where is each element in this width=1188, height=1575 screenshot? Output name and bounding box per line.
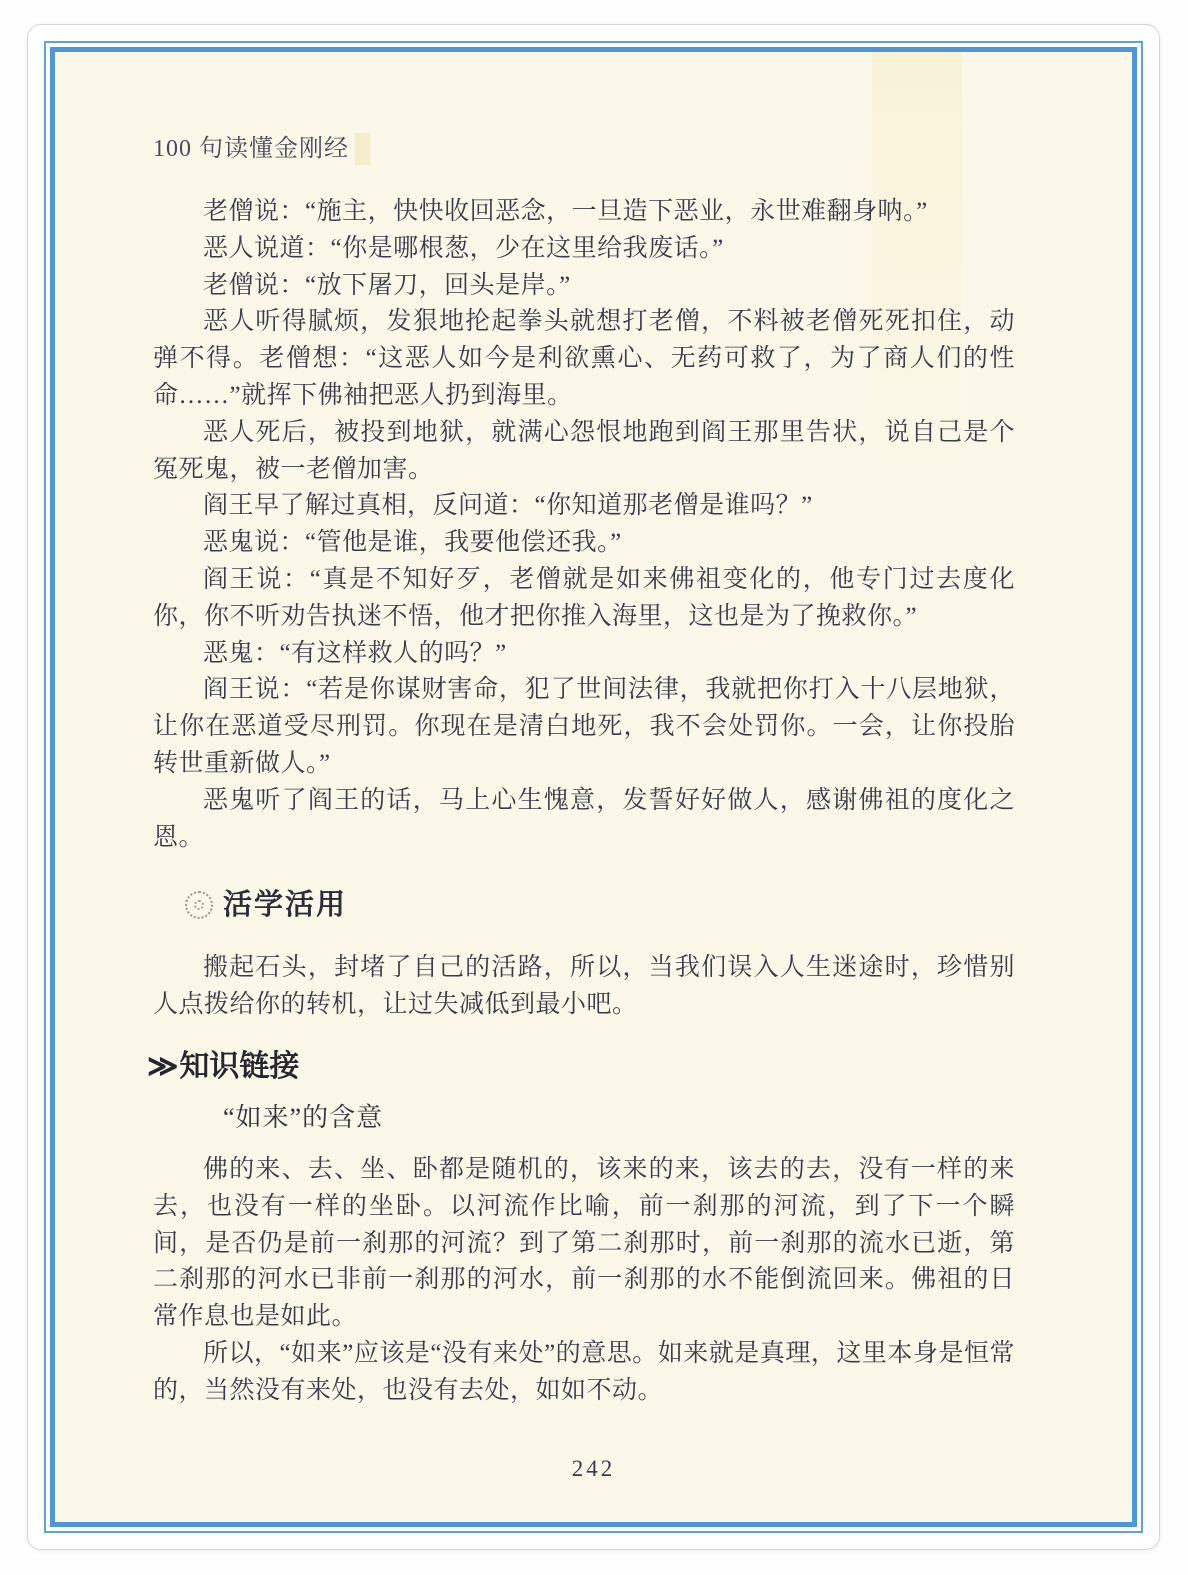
story-paragraph: 阎王说：“若是你谋财害命，犯了世间法律，我就把你打入十八层地狱，让你在恶道受尽刑… xyxy=(153,672,1015,782)
story-paragraph: 恶人听得腻烦，发狠地抡起拳头就想打老僧，不料被老僧死死扣住，动弹不得。老僧想：“… xyxy=(153,304,1015,414)
book-page-card: 100 句读懂金刚经 老僧说：“施主，快快收回恶念，一旦造下恶业，永世难翻身呐。… xyxy=(27,24,1160,1550)
story-paragraph: 阎王说：“真是不知好歹，老僧就是如来佛祖变化的，他专门过去度化你，你不听劝告执迷… xyxy=(153,562,1015,636)
section-title-knowledge-link: 知识链接 xyxy=(179,1046,299,1088)
story-paragraph: 阎王早了解过真相，反问道：“你知道那老僧是谁吗？” xyxy=(153,488,1015,525)
page-number: 242 xyxy=(55,1456,1132,1482)
section-title-practical-use: 活学活用 xyxy=(223,884,347,926)
story-paragraph: 恶人死后，被投到地狱，就满心怨恨地跑到阎王那里告状，说自己是个冤死鬼，被一老僧加… xyxy=(153,415,1015,489)
story-paragraph: 恶鬼说：“管他是谁，我要他偿还我。” xyxy=(153,525,1015,562)
story-paragraph: 老僧说：“施主，快快收回恶念，一旦造下恶业，永世难翻身呐。” xyxy=(153,194,1015,231)
section-heading-knowledge-link: ≫ 知识链接 xyxy=(147,1046,1015,1088)
header-highlight-mark xyxy=(355,133,370,165)
story-text: 老僧说：“施主，快快收回恶念，一旦造下恶业，永世难翻身呐。” 恶人说道：“你是哪… xyxy=(153,194,1015,856)
dotted-circle-inner xyxy=(194,900,204,910)
knowledge-paragraph: 佛的来、去、坐、卧都是随机的，该来的来，该去的去，没有一样的来去，也没有一样的坐… xyxy=(153,1152,1015,1336)
inner-blue-frame: 100 句读懂金刚经 老僧说：“施主，快快收回恶念，一旦造下恶业，永世难翻身呐。… xyxy=(50,47,1137,1527)
story-paragraph: 恶人说道：“你是哪根葱，少在这里给我废话。” xyxy=(153,231,1015,268)
section-practical-use: 活学活用 搬起石头，封堵了自己的活路，所以，当我们误入人生迷途时，珍惜别人点拨给… xyxy=(153,884,1015,1024)
practical-use-paragraph: 搬起石头，封堵了自己的活路，所以，当我们误入人生迷途时，珍惜别人点拨给你的转机，… xyxy=(153,950,1015,1024)
dotted-circle-icon xyxy=(185,891,213,919)
story-paragraph: 老僧说：“放下屠刀，回头是岸。” xyxy=(153,268,1015,305)
outer-blue-frame: 100 句读懂金刚经 老僧说：“施主，快快收回恶念，一旦造下恶业，永世难翻身呐。… xyxy=(44,41,1143,1533)
story-paragraph: 恶鬼听了阎王的话，马上心生愧意，发誓好好做人，感谢佛祖的度化之恩。 xyxy=(153,783,1015,857)
double-chevron-icon: ≫ xyxy=(147,1046,175,1088)
story-paragraph: 恶鬼：“有这样救人的吗？” xyxy=(153,636,1015,673)
knowledge-paragraph: 所以，“如来”应该是“没有来处”的意思。如来就是真理，这里本身是恒常的，当然没有… xyxy=(153,1336,1015,1410)
subsection-title-rulai: “如来”的含意 xyxy=(223,1098,1015,1138)
section-knowledge-link: ≫ 知识链接 “如来”的含意 佛的来、去、坐、卧都是随机的，该来的来，该去的去，… xyxy=(153,1046,1015,1410)
page-content: 100 句读懂金刚经 老僧说：“施主，快快收回恶念，一旦造下恶业，永世难翻身呐。… xyxy=(55,52,1132,1410)
running-header: 100 句读懂金刚经 xyxy=(153,132,1015,166)
page-paper: 100 句读懂金刚经 老僧说：“施主，快快收回恶念，一旦造下恶业，永世难翻身呐。… xyxy=(55,52,1132,1522)
book-title: 100 句读懂金刚经 xyxy=(153,132,349,166)
section-heading-practical-use: 活学活用 xyxy=(185,884,1015,926)
